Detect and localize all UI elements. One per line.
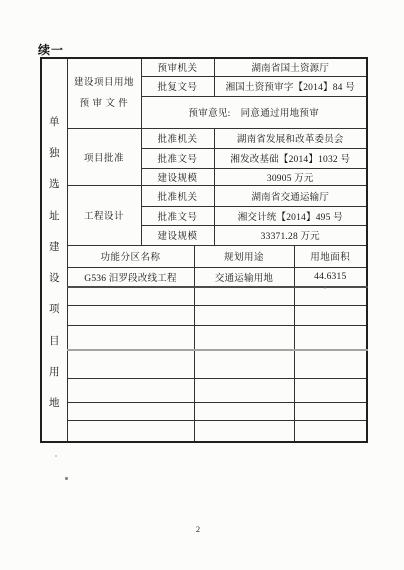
field-label: 批准文号 <box>141 148 214 168</box>
field-label: 批准机关 <box>141 185 214 206</box>
vertical-axis-char: 项 <box>49 301 60 316</box>
empty-cell <box>194 350 294 378</box>
vertical-axis-char: 独 <box>49 145 60 160</box>
empty-cell <box>194 305 294 325</box>
empty-cell <box>294 325 367 350</box>
empty-cell <box>194 378 294 402</box>
empty-cell <box>294 402 367 420</box>
empty-row <box>41 305 367 325</box>
vertical-axis-char: 选 <box>49 176 60 191</box>
empty-cell <box>194 420 294 442</box>
empty-row <box>41 420 367 442</box>
group-label-pre-review-text: 建设项目用地 预 审 文 件 <box>68 77 141 110</box>
vertical-axis: 单 独 选 址 建 设 项 目 用 地 <box>42 90 67 410</box>
vertical-axis-char: 设 <box>49 270 60 285</box>
scan-speck <box>55 455 57 457</box>
empty-cell <box>294 305 367 325</box>
empty-cell <box>294 378 367 402</box>
empty-cell <box>194 325 294 350</box>
fz-name: G536 汨罗段改线工程 <box>67 267 194 287</box>
fz-area: 44.6315 <box>294 267 367 287</box>
empty-cell <box>294 287 367 305</box>
empty-cell <box>294 350 367 378</box>
field-value: 湘发改基础【2014】1032 号 <box>214 148 367 168</box>
field-label: 预审机关 <box>141 58 214 76</box>
table-row: 单 独 选 址 建 设 项 目 用 地 建设项目用地 预 <box>41 58 367 76</box>
empty-cell <box>294 420 367 442</box>
field-value: 湘交计统【2014】495 号 <box>214 206 367 225</box>
group-label-project-approval: 项目批准 <box>67 128 141 185</box>
scan-speck <box>65 477 68 480</box>
fz-header-area: 用地面积 <box>294 245 367 267</box>
land-use-table: 单 独 选 址 建 设 项 目 用 地 建设项目用地 预 <box>40 57 368 443</box>
table-row: 项目批准 批准机关 湖南省发展和改革委员会 <box>41 128 367 148</box>
empty-cell <box>67 420 194 442</box>
empty-row <box>41 350 367 378</box>
empty-row <box>41 325 367 350</box>
vertical-axis-char: 址 <box>49 208 60 223</box>
field-label: 建设规模 <box>141 168 214 185</box>
field-label: 批复文号 <box>141 76 214 96</box>
vertical-axis-cell: 单 独 选 址 建 设 项 目 用 地 <box>41 58 67 442</box>
page-number: 2 <box>0 524 396 534</box>
fz-header-use: 规划用途 <box>194 245 294 267</box>
empty-cell <box>67 287 194 305</box>
empty-cell <box>67 350 194 378</box>
opinion-value: 同意通过用地预审 <box>241 109 319 119</box>
empty-cell <box>67 325 194 350</box>
field-value: 湖南省发展和改革委员会 <box>214 128 367 148</box>
field-value: 33371.28 万元 <box>214 225 367 245</box>
fz-use: 交通运输用地 <box>194 267 294 287</box>
vertical-axis-char: 地 <box>49 395 60 410</box>
empty-cell <box>67 402 194 420</box>
empty-cell <box>67 305 194 325</box>
field-label: 批准文号 <box>141 206 214 225</box>
fz-header-name: 功能分区名称 <box>67 245 194 267</box>
field-value: 湘国土资预审字【2014】84 号 <box>214 76 367 96</box>
field-value: 湖南省国土资源厅 <box>214 58 367 76</box>
continuation-label: 续一 <box>38 41 64 58</box>
field-value: 湖南省交通运输厅 <box>214 185 367 206</box>
empty-cell <box>194 402 294 420</box>
field-value: 30905 万元 <box>214 168 367 185</box>
empty-cell <box>67 378 194 402</box>
vertical-axis-char: 建 <box>49 239 60 254</box>
function-zone-row: G536 汨罗段改线工程 交通运输用地 44.6315 <box>41 267 367 287</box>
field-label: 建设规模 <box>141 225 214 245</box>
empty-row <box>41 287 367 305</box>
opinion-label: 预审意见: <box>188 109 230 119</box>
group-label-engineering-design: 工程设计 <box>67 185 141 245</box>
vertical-axis-char: 目 <box>49 333 60 348</box>
scan-speck <box>324 286 326 289</box>
table-row: 工程设计 批准机关 湖南省交通运输厅 <box>41 185 367 206</box>
vertical-axis-char: 用 <box>49 364 60 379</box>
empty-cell <box>194 287 294 305</box>
field-label: 批准机关 <box>141 128 214 148</box>
scanned-document-page: 续一 单 独 选 址 建 设 项 目 用 <box>0 0 404 570</box>
empty-row <box>41 378 367 402</box>
vertical-axis-char: 单 <box>49 114 60 129</box>
empty-row <box>41 402 367 420</box>
group-label-pre-review: 建设项目用地 预 审 文 件 <box>67 58 141 128</box>
function-zones-header-row: 功能分区名称 规划用途 用地面积 <box>41 245 367 267</box>
opinion-cell: 预审意见:同意通过用地预审 <box>141 96 367 128</box>
